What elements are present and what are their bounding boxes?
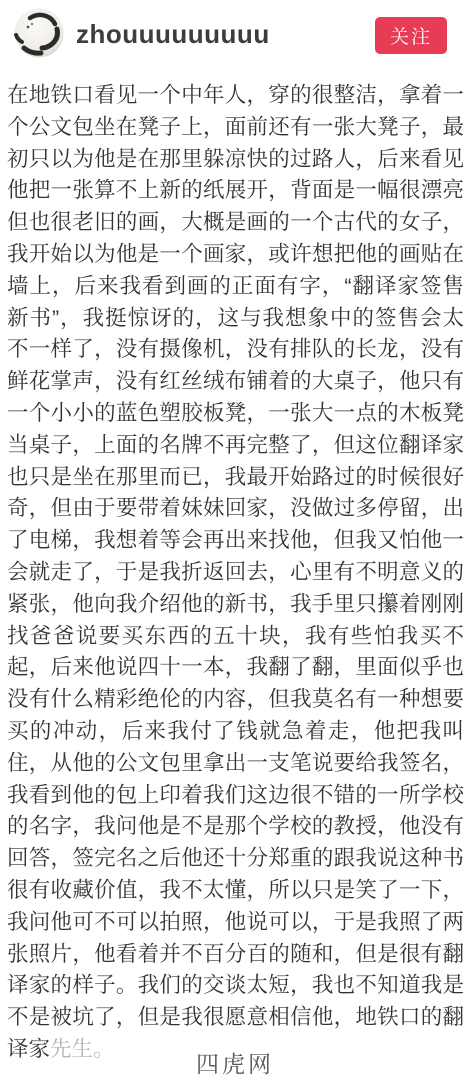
watermark: 四虎网: [0, 1046, 470, 1079]
avatar[interactable]: [14, 8, 64, 58]
avatar-doodle-image: [14, 8, 64, 58]
username[interactable]: zhouuuuuuuuu: [76, 19, 270, 49]
follow-button[interactable]: 关注: [375, 17, 447, 54]
post-body-main: 在地铁口看见一个中年人，穿的很整洁，拿着一个公文包坐在凳子上，面前还有一张大凳子…: [7, 83, 464, 1061]
post-screen: zhouuuuuuuuu 关注 在地铁口看见一个中年人，穿的很整洁，拿着一个公文…: [0, 0, 470, 1080]
post-body: 在地铁口看见一个中年人，穿的很整洁，拿着一个公文包坐在凳子上，面前还有一张大凳子…: [7, 80, 464, 1066]
